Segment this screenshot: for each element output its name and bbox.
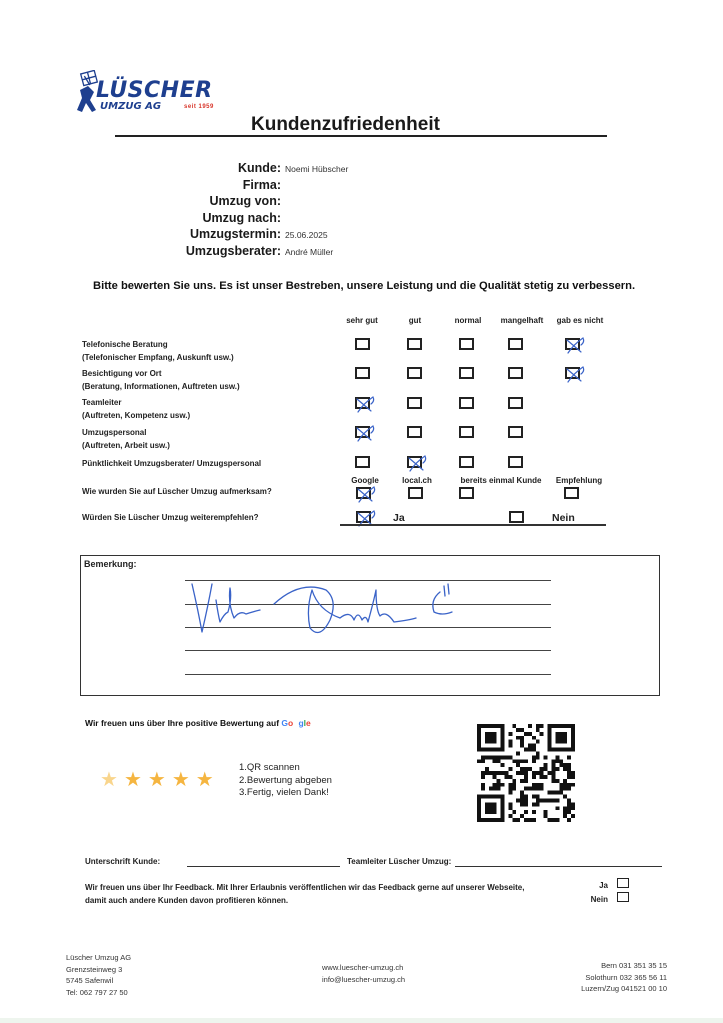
google-review-prompt: Wir freuen uns über Ihre positive Bewert… bbox=[85, 718, 311, 728]
publish-no-checkbox[interactable] bbox=[617, 892, 629, 902]
scan-edge bbox=[0, 1018, 723, 1023]
footer-address: Lüscher Umzug AG Grenzsteinweg 3 5745 Sa… bbox=[66, 952, 131, 998]
info-label: Kunde: bbox=[150, 161, 285, 175]
branch-bern: Bern 031 351 35 15 bbox=[520, 960, 667, 972]
rating-checkbox-3-0[interactable] bbox=[355, 426, 370, 438]
customer-signature-line[interactable] bbox=[187, 866, 340, 867]
info-row-advisor: Umzugsberater: André Müller bbox=[150, 244, 550, 261]
remark-line bbox=[185, 674, 551, 675]
rating-checkbox-0-1[interactable] bbox=[407, 338, 422, 350]
row-team-lead: Teamleiter (Auftreten, Kompetenz usw.) bbox=[82, 397, 190, 422]
info-row-company: Firma: bbox=[150, 178, 550, 195]
rating-checkbox-0-0[interactable] bbox=[355, 338, 370, 350]
teamlead-signature-label: Teamleiter Lüscher Umzug: bbox=[347, 857, 451, 866]
footer-phone: Tel: 062 797 27 50 bbox=[66, 987, 131, 999]
footer-street: Grenzsteinweg 3 bbox=[66, 964, 131, 976]
row-phone-consult: Telefonische Beratung (Telefonischer Emp… bbox=[82, 339, 234, 364]
info-label: Umzug nach: bbox=[150, 211, 285, 225]
row-onsite-visit: Besichtigung vor Ort (Beratung, Informat… bbox=[82, 368, 240, 393]
recommend-yes-label: Ja bbox=[393, 512, 405, 524]
intro-text: Bitte bewerten Sie uns. Es ist unser Bes… bbox=[93, 280, 635, 292]
star-rating: ★★★★★ bbox=[100, 770, 214, 790]
rating-checkbox-0-2[interactable] bbox=[459, 338, 474, 350]
row-title: Besichtigung vor Ort bbox=[82, 368, 240, 381]
info-label: Umzug von: bbox=[150, 194, 285, 208]
recommend-no-label: Nein bbox=[552, 512, 575, 524]
recommend-divider bbox=[340, 524, 606, 526]
star-icon: ★ bbox=[148, 770, 166, 790]
rating-checkbox-0-3[interactable] bbox=[508, 338, 523, 350]
row-punctuality: Pünktlichkeit Umzugsberater/ Umzugsperso… bbox=[82, 458, 261, 471]
remark-line bbox=[185, 650, 551, 651]
rating-checkbox-1-4[interactable] bbox=[565, 367, 580, 379]
source-label-localch: local.ch bbox=[377, 476, 457, 485]
rating-checkbox-2-0[interactable] bbox=[355, 397, 370, 409]
row-title: Umzugspersonal bbox=[82, 427, 170, 440]
branch-solothurn: Solothurn 032 365 56 11 bbox=[520, 972, 667, 984]
logo-wordmark: LÜSCHER bbox=[96, 78, 213, 103]
rating-checkbox-0-4[interactable] bbox=[565, 338, 580, 350]
source-checkbox-0[interactable] bbox=[356, 487, 371, 499]
info-row-move-from: Umzug von: bbox=[150, 194, 550, 211]
website-link[interactable]: www.luescher-umzug.ch bbox=[322, 962, 405, 974]
rating-checkbox-3-1[interactable] bbox=[407, 426, 422, 438]
qr-code[interactable] bbox=[477, 724, 575, 822]
col-gut: gut bbox=[385, 316, 445, 325]
row-subtitle: (Telefonischer Empfang, Auskunft usw.) bbox=[82, 352, 234, 365]
rating-checkbox-3-2[interactable] bbox=[459, 426, 474, 438]
email-link[interactable]: info@luescher-umzug.ch bbox=[322, 974, 405, 986]
page-title: Kundenzufriedenheit bbox=[251, 114, 440, 136]
star-icon: ★ bbox=[100, 770, 118, 790]
review-steps: 1.QR scannen 2.Bewertung abgeben 3.Ferti… bbox=[239, 762, 332, 800]
check-mark-icon bbox=[564, 365, 586, 385]
row-title: Pünktlichkeit Umzugsberater/ Umzugsperso… bbox=[82, 458, 261, 471]
col-sehr-gut: sehr gut bbox=[332, 316, 392, 325]
star-icon: ★ bbox=[172, 770, 190, 790]
rating-checkbox-4-3[interactable] bbox=[508, 456, 523, 468]
footer-city: 5745 Safenwil bbox=[66, 975, 131, 987]
info-label: Firma: bbox=[150, 178, 285, 192]
col-mangelhaft: mangelhaft bbox=[492, 316, 552, 325]
rating-checkbox-4-2[interactable] bbox=[459, 456, 474, 468]
row-subtitle: (Beratung, Informationen, Auftreten usw.… bbox=[82, 381, 240, 394]
logo-since: seit 1959 bbox=[184, 104, 214, 110]
step-2: 2.Bewertung abgeben bbox=[239, 775, 332, 788]
check-mark-icon bbox=[406, 454, 428, 474]
footer-branches: Bern 031 351 35 15 Solothurn 032 365 56 … bbox=[520, 960, 667, 995]
logo-subtitle: UMZUG AG bbox=[100, 101, 161, 112]
rating-checkbox-2-1[interactable] bbox=[407, 397, 422, 409]
info-label: Umzugstermin: bbox=[150, 227, 285, 241]
google-logo-text: Google bbox=[281, 718, 310, 728]
star-icon: ★ bbox=[196, 770, 214, 790]
recommend-no-checkbox[interactable] bbox=[509, 511, 524, 523]
rating-checkbox-4-1[interactable] bbox=[407, 456, 422, 468]
source-question: Wie wurden Sie auf Lüscher Umzug aufmerk… bbox=[82, 486, 272, 499]
source-label-former-customer: bereits einmal Kunde bbox=[456, 476, 546, 485]
check-mark-icon bbox=[354, 395, 376, 415]
customer-name: Noemi Hübscher bbox=[285, 164, 348, 174]
rating-checkbox-2-3[interactable] bbox=[508, 397, 523, 409]
remark-label: Bemerkung: bbox=[84, 559, 137, 569]
title-divider bbox=[115, 135, 607, 137]
branch-luzern: Luzern/Zug 041521 00 10 bbox=[520, 983, 667, 995]
publish-yes-checkbox[interactable] bbox=[617, 878, 629, 888]
rating-checkbox-1-3[interactable] bbox=[508, 367, 523, 379]
rating-checkbox-3-3[interactable] bbox=[508, 426, 523, 438]
col-gab-es-nicht: gab es nicht bbox=[550, 316, 610, 325]
check-mark-icon bbox=[355, 509, 377, 529]
step-3: 3.Fertig, vielen Dank! bbox=[239, 787, 332, 800]
info-label: Umzugsberater: bbox=[150, 244, 285, 258]
google-prompt-text: Wir freuen uns über Ihre positive Bewert… bbox=[85, 718, 281, 728]
recommend-yes-checkbox[interactable] bbox=[356, 511, 371, 523]
row-moving-staff: Umzugspersonal (Auftreten, Arbeit usw.) bbox=[82, 427, 170, 452]
rating-checkbox-2-2[interactable] bbox=[459, 397, 474, 409]
feedback-text-line: Wir freuen uns über Ihr Feedback. Mit Ih… bbox=[85, 881, 524, 894]
row-subtitle: (Auftreten, Arbeit usw.) bbox=[82, 440, 170, 453]
advisor-name: André Müller bbox=[285, 247, 333, 257]
customer-signature-label: Unterschrift Kunde: bbox=[85, 857, 160, 866]
rating-checkbox-1-1[interactable] bbox=[407, 367, 422, 379]
rating-checkbox-4-0[interactable] bbox=[355, 456, 370, 468]
move-date: 25.06.2025 bbox=[285, 230, 328, 240]
footer-company: Lüscher Umzug AG bbox=[66, 952, 131, 964]
info-row-move-to: Umzug nach: bbox=[150, 211, 550, 228]
star-icon: ★ bbox=[124, 770, 142, 790]
handwritten-remark: Vielen Dank :) bbox=[190, 570, 460, 640]
publish-no-label: Nein bbox=[578, 895, 608, 904]
source-checkbox-1[interactable] bbox=[408, 487, 423, 499]
rating-checkbox-1-2[interactable] bbox=[459, 367, 474, 379]
row-title: Telefonische Beratung bbox=[82, 339, 234, 352]
row-subtitle: (Auftreten, Kompetenz usw.) bbox=[82, 410, 190, 423]
feedback-text-line: damit auch andere Kunden davon profitier… bbox=[85, 894, 524, 907]
info-row-customer: Kunde: Noemi Hübscher bbox=[150, 161, 550, 178]
col-normal: normal bbox=[438, 316, 498, 325]
feedback-consent-text: Wir freuen uns über Ihr Feedback. Mit Ih… bbox=[85, 881, 524, 907]
step-1: 1.QR scannen bbox=[239, 762, 332, 775]
check-mark-icon bbox=[564, 336, 586, 356]
rating-checkbox-1-0[interactable] bbox=[355, 367, 370, 379]
source-label-referral: Empfehlung bbox=[539, 476, 619, 485]
teamlead-signature-line[interactable] bbox=[455, 866, 662, 867]
source-checkbox-2[interactable] bbox=[459, 487, 474, 499]
row-title: Teamleiter bbox=[82, 397, 190, 410]
check-mark-icon bbox=[355, 485, 377, 505]
footer-web: www.luescher-umzug.ch info@luescher-umzu… bbox=[322, 962, 405, 985]
check-mark-icon bbox=[354, 424, 376, 444]
customer-info: Kunde: Noemi Hübscher Firma: Umzug von: … bbox=[150, 161, 550, 260]
info-row-move-date: Umzugstermin: 25.06.2025 bbox=[150, 227, 550, 244]
publish-yes-label: Ja bbox=[578, 881, 608, 890]
source-checkbox-3[interactable] bbox=[564, 487, 579, 499]
recommend-question: Würden Sie Lüscher Umzug weiterempfehlen… bbox=[82, 512, 258, 525]
